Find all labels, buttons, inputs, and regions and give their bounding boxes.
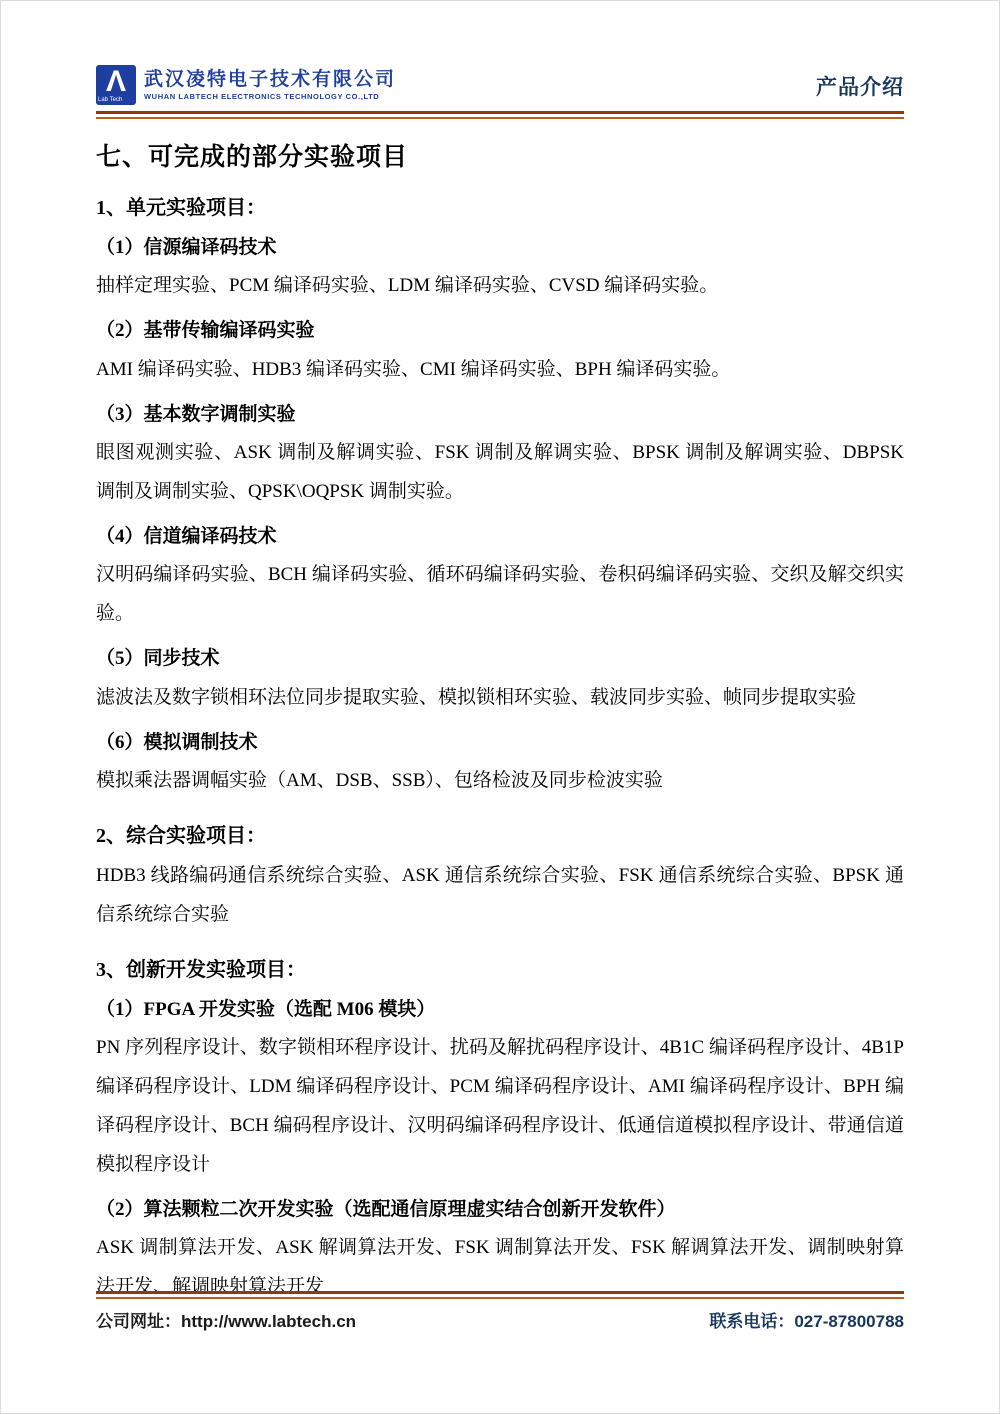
experiment-list-1-1: 抽样定理实验、PCM 编译码实验、LDM 编译码实验、CVSD 编译码实验。: [96, 267, 904, 306]
experiment-list-1-6: 模拟乘法器调幅实验（AM、DSB、SSB）、包络检波及同步检波实验: [96, 762, 904, 801]
phone-label: 联系电话：: [709, 1312, 794, 1331]
page-title: 七、可完成的部分实验项目: [96, 137, 904, 173]
company-name-en: WUHAN LABTECH ELECTRONICS TECHNOLOGY CO.…: [144, 92, 396, 101]
experiment-list-1-5: 滤波法及数字锁相环法位同步提取实验、模拟锁相环实验、载波同步实验、帧同步提取实验: [96, 679, 904, 718]
sub-heading-1-1: （1）信源编译码技术: [96, 233, 904, 263]
footer-phone: 联系电话：027-87800788: [709, 1307, 904, 1332]
logo-caret-icon: Λ: [106, 67, 126, 97]
company-name-cn: 武汉凌特电子技术有限公司: [144, 69, 396, 91]
website-link[interactable]: http://www.labtech.cn: [181, 1312, 356, 1331]
experiment-list-1-3: 眼图观测实验、ASK 调制及解调实验、FSK 调制及解调实验、BPSK 调制及解…: [96, 434, 904, 512]
footer-rule: [96, 1291, 904, 1299]
website-label: 公司网址：: [96, 1312, 181, 1331]
sub-heading-1-6: （6）模拟调制技术: [96, 728, 904, 758]
logo-mark-icon: Λ Lab Tech: [96, 65, 136, 105]
section-heading-3: 3、创新开发实验项目：: [96, 955, 904, 985]
section-heading-2: 2、综合实验项目：: [96, 821, 904, 851]
logo-text: 武汉凌特电子技术有限公司 WUHAN LABTECH ELECTRONICS T…: [144, 69, 396, 102]
sub-heading-1-4: （4）信道编译码技术: [96, 522, 904, 552]
document-page: Λ Lab Tech 武汉凌特电子技术有限公司 WUHAN LABTECH EL…: [0, 0, 1000, 1414]
experiment-list-1-2: AMI 编译码实验、HDB3 编译码实验、CMI 编译码实验、BPH 编译码实验…: [96, 351, 904, 390]
footer-website: 公司网址：http://www.labtech.cn: [96, 1307, 356, 1332]
experiment-list-1-4: 汉明码编译码实验、BCH 编译码实验、循环码编译码实验、卷积码编译码实验、交织及…: [96, 556, 904, 634]
sub-heading-3-1: （1）FPGA 开发实验（选配 M06 模块）: [96, 995, 904, 1025]
sub-heading-1-3: （3）基本数字调制实验: [96, 400, 904, 430]
sub-heading-1-5: （5）同步技术: [96, 644, 904, 674]
phone-number: 027-87800788: [794, 1312, 904, 1331]
experiment-list-3-1: PN 序列程序设计、数字锁相环程序设计、扰码及解扰码程序设计、4B1C 编译码程…: [96, 1029, 904, 1185]
experiment-list-2: HDB3 线路编码通信系统综合实验、ASK 通信系统综合实验、FSK 通信系统综…: [96, 857, 904, 935]
labtech-logo: Λ Lab Tech 武汉凌特电子技术有限公司 WUHAN LABTECH EL…: [96, 65, 396, 105]
sub-heading-1-2: （2）基带传输编译码实验: [96, 316, 904, 346]
page-header: Λ Lab Tech 武汉凌特电子技术有限公司 WUHAN LABTECH EL…: [96, 1, 904, 105]
sub-heading-3-2: （2）算法颗粒二次开发实验（选配通信原理虚实结合创新开发软件）: [96, 1195, 904, 1225]
header-rule: [96, 111, 904, 119]
section-heading-1: 1、单元实验项目：: [96, 193, 904, 223]
page-tag: 产品介绍: [816, 71, 904, 105]
page-footer: 公司网址：http://www.labtech.cn 联系电话：027-8780…: [1, 1291, 999, 1332]
logo-ribbon-label: Lab Tech: [96, 97, 124, 104]
